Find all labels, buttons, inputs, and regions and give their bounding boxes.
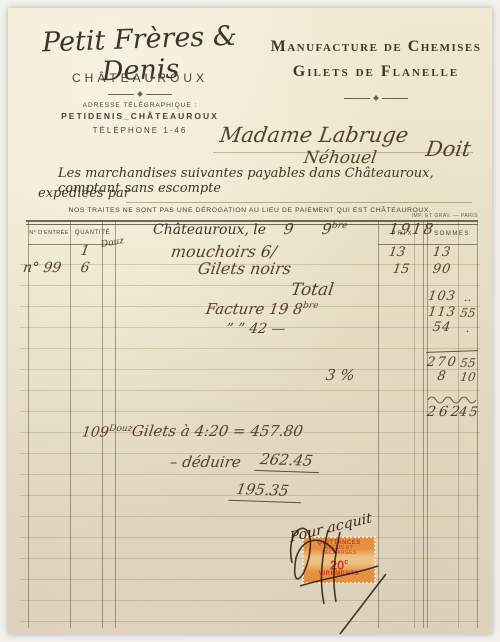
col-header-quantity: QUANTITÉ: [70, 230, 115, 236]
telegraph-label: Adresse Télégraphique :: [22, 102, 258, 109]
calc-deduct-label: – déduire: [169, 453, 242, 471]
discount-sum: 8: [426, 369, 458, 384]
invoice-ref2-label: ” ” 42 —: [225, 321, 287, 337]
discount-cents: 10: [458, 370, 478, 384]
row-sum: 90: [426, 262, 458, 277]
net-total-cents: 45: [458, 405, 478, 420]
doit-label: Doit: [424, 137, 472, 161]
row-qty: 6: [69, 260, 101, 276]
row-price: 13: [381, 245, 413, 260]
calc-quantity: 109Douz: [81, 424, 133, 441]
addressee-name: Madame Labruge: [218, 123, 410, 147]
calc-line1: Gilets à 4:20 = 457.80: [131, 422, 304, 440]
row-qty: 1: [69, 243, 101, 259]
column-rule: [427, 220, 428, 628]
date-line: Châteauroux, le 9 9bre 1918: [153, 220, 435, 239]
row-sum: 13: [426, 245, 458, 260]
row-price: 15: [385, 262, 417, 277]
date-place: Châteauroux, le: [153, 222, 266, 238]
calc-deduct-value: 262.45: [254, 450, 322, 473]
calc-result: 195.35: [228, 480, 304, 504]
shipped-via-rule: [126, 202, 472, 203]
subtotal-cents: 55: [458, 356, 478, 370]
column-rule: [28, 220, 29, 628]
discount-label: 3 %: [325, 366, 356, 384]
col-header-entry: N° D'ENTRÉE: [28, 230, 70, 236]
date-day: 9: [283, 220, 295, 238]
column-rule: [70, 220, 71, 628]
column-subrule: [458, 220, 459, 628]
column-subrule: [414, 220, 415, 628]
telegraph-address: PETIDENIS_CHÂTEAUROUX: [22, 111, 258, 121]
ornament-divider-left: [90, 92, 190, 96]
total-label: Total: [290, 280, 335, 300]
column-rule: [423, 220, 424, 628]
pen-squiggle: [426, 394, 480, 404]
total-cents: ..: [458, 290, 478, 304]
invoice-ref2-sum: 54: [426, 320, 458, 335]
subtotal-sum: 270: [426, 355, 458, 370]
product-line-1: Manufacture de Chemises: [270, 38, 482, 56]
invoice-ref-sum: 113: [426, 305, 458, 320]
city-name: CHÂTEAUROUX: [22, 71, 258, 85]
row-description: Gilets noirs: [197, 259, 293, 278]
invoice-ref2-cents: .: [458, 321, 478, 335]
signature-flourish: [270, 508, 410, 638]
addressee-location: Néhouel: [303, 148, 378, 168]
invoice-ref-label: Facture 19 8bre: [205, 300, 320, 318]
product-line-2: Gilets de Flanelle: [270, 63, 482, 81]
shipped-via-line: expédiées par: [38, 186, 130, 201]
net-total-sum: 262: [426, 404, 458, 420]
date-month: 9bre: [320, 220, 347, 238]
invoice-paper: Petit Frères & Denis CHÂTEAUROUX Adresse…: [8, 8, 492, 634]
total-sum: 103: [426, 289, 458, 304]
ornament-divider-right: [326, 96, 426, 100]
printer-imprint: IMP. ET GRAV. — PARIS: [338, 213, 478, 219]
row-entry-number: n° 99: [22, 260, 63, 276]
invoice-ref-cents: 55: [458, 306, 478, 320]
column-rule: [477, 220, 478, 628]
date-year: 1918: [387, 220, 436, 238]
